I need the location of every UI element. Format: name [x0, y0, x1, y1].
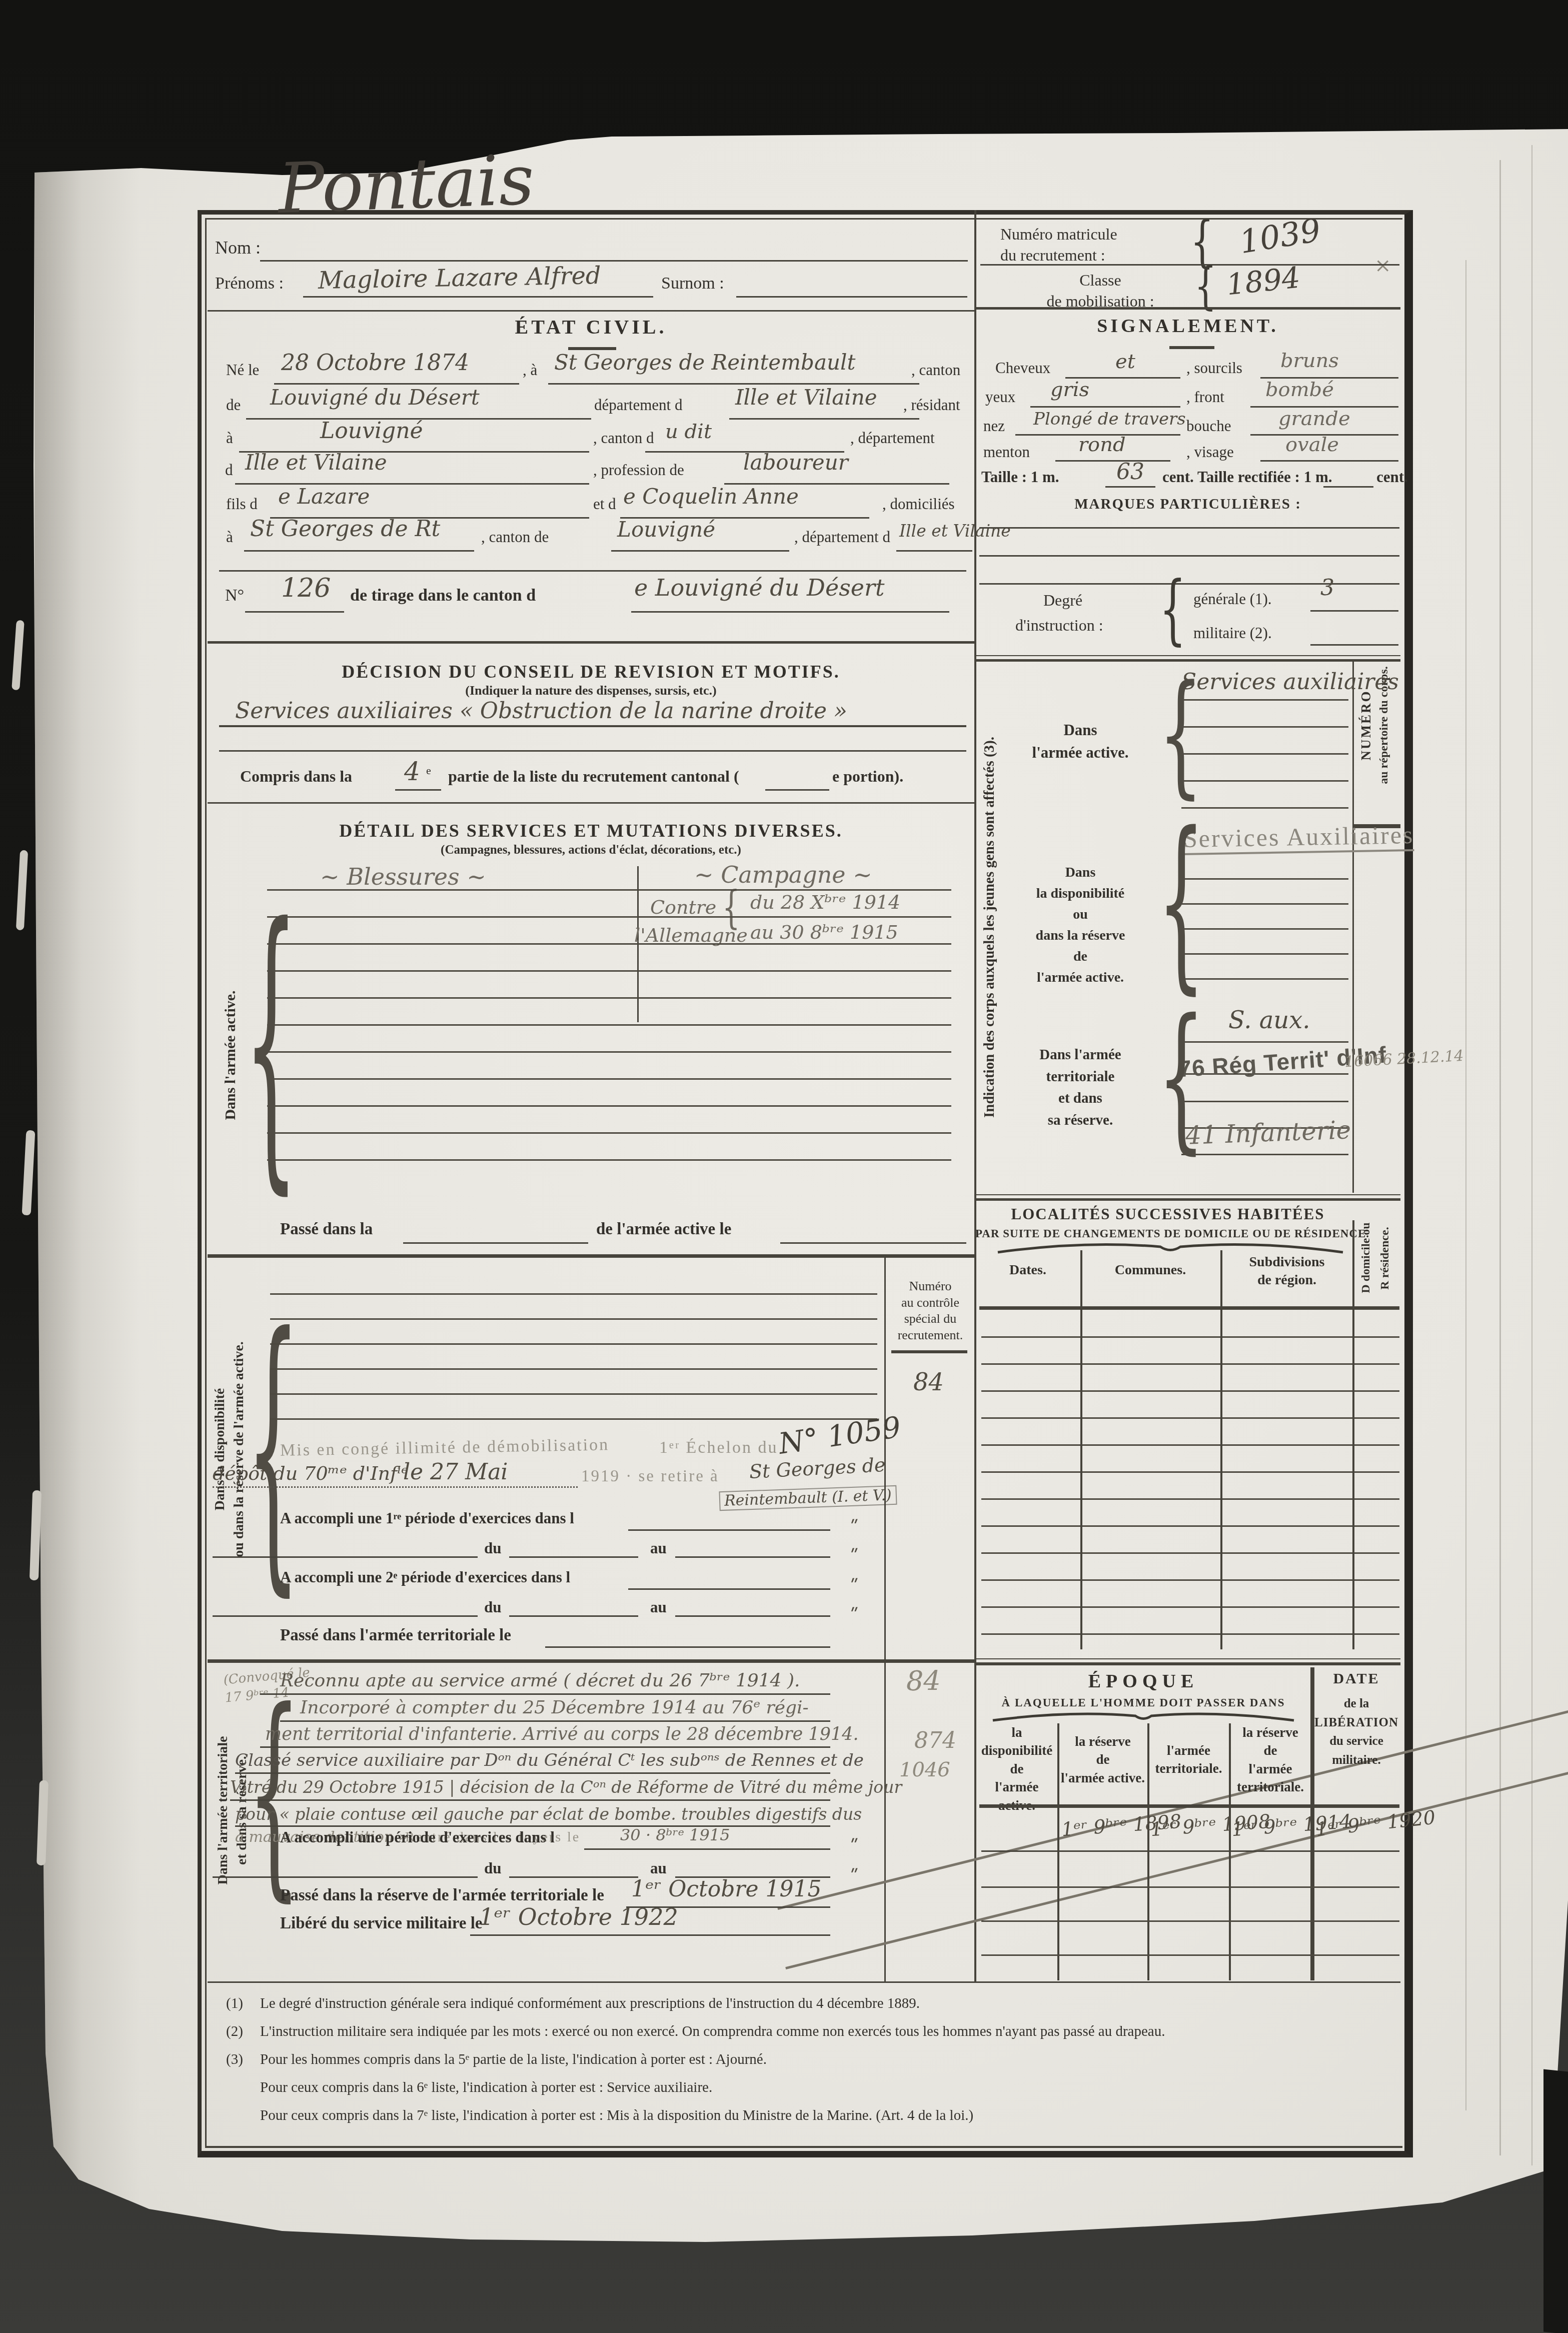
- block-separator-1: [208, 1254, 974, 1258]
- echelon-stamp: 1ᵉʳ Échelon du: [659, 1438, 778, 1457]
- libere-underline: [470, 1934, 830, 1936]
- territoriale-line-5: Vitré du 29 Octobre 1915 | décision de l…: [230, 1777, 902, 1797]
- corps-territoriale-brace: {: [1157, 999, 1205, 1157]
- ne-a-label: , à: [523, 361, 537, 379]
- decision-title: DÉCISION DU CONSEIL DE REVISION ET MOTIF…: [208, 661, 974, 682]
- controle-header-rule: [891, 1350, 967, 1353]
- corps-active-label: Dansl'armée active.: [1005, 719, 1155, 764]
- bouche-value: grande: [1278, 407, 1350, 430]
- controle-value: 84: [913, 1368, 944, 1396]
- header-separator: [208, 310, 974, 312]
- date-liberation-header: DATE: [1313, 1670, 1399, 1687]
- corps-active-brace: {: [1158, 669, 1203, 802]
- menton-value: rond: [1078, 433, 1126, 456]
- compris-portion-underline: [765, 789, 829, 791]
- yeux-value: gris: [1050, 378, 1089, 401]
- territoriale-rule-6: [235, 1825, 830, 1827]
- tirage-underline-b: [631, 611, 949, 613]
- line6-underline-a: [244, 550, 474, 552]
- sourcils-value: bruns: [1280, 349, 1339, 372]
- du3-lead-underline: [213, 1876, 478, 1878]
- visage-label: , visage: [1186, 443, 1234, 461]
- territoriale-rule-1: [260, 1693, 830, 1695]
- degre-label-2: d'instruction :: [1015, 616, 1103, 635]
- territoriale-rule-2: [280, 1720, 830, 1722]
- footnote-3b: Pour ceux compris dans la 6ᵉ liste, l'in…: [260, 2079, 1395, 2096]
- a-label: à: [226, 429, 233, 447]
- tirage-label: de tirage dans le canton d: [350, 586, 536, 605]
- epoque-col1-header: ladisponibilitédel'armée active.: [976, 1723, 1057, 1814]
- line6-underline-b: [611, 550, 789, 552]
- departement-label: département d: [594, 396, 682, 414]
- blank-underline: [219, 570, 966, 572]
- epoque-title: ÉPOQUE: [975, 1670, 1311, 1692]
- taille-value: 63: [1116, 459, 1144, 485]
- paper-crease: [1499, 160, 1501, 2155]
- corps-active-lines: [1181, 699, 1348, 809]
- footnote-2-num: (2): [226, 2023, 243, 2040]
- footnote-3-num: (3): [226, 2051, 243, 2068]
- paper-crease: [1531, 145, 1532, 2165]
- blessures-header: ~ Blessures ~: [320, 863, 486, 890]
- fils-label: fils d: [226, 495, 258, 513]
- degre-label-1: Degré: [1043, 591, 1082, 610]
- marques-title: MARQUES PARTICULIÈRES :: [975, 496, 1400, 513]
- depot-date-value: le 27 Mai: [403, 1459, 508, 1485]
- localites-header-rule: [979, 1306, 1399, 1310]
- corps-dispo-label: Dansla disponibilitéoudans la réservedel…: [1005, 862, 1155, 988]
- epoque-top-2: [975, 1662, 1400, 1665]
- binding-page-edge: [12, 620, 25, 691]
- epoque-brace-ornament: [990, 1709, 1296, 1722]
- binding-page-edge: [16, 850, 28, 931]
- du2-lead-underline: [213, 1615, 478, 1617]
- passe-active-label-1: Passé dans la: [280, 1220, 373, 1239]
- periode2-underline: [628, 1588, 830, 1590]
- epoque-col3-header: l'arméeterritoriale.: [1149, 1741, 1228, 1778]
- nez-label: nez: [983, 417, 1005, 435]
- residence-value: Louvigné: [320, 418, 423, 444]
- canton2-value: Louvigné: [617, 517, 715, 542]
- menton-underline-b: [1260, 460, 1398, 462]
- front-value: bombé: [1265, 378, 1334, 401]
- territoriale-rule-3: [260, 1746, 830, 1748]
- du2-underline: [509, 1615, 638, 1617]
- departement3-value: Ille et Vilaine: [899, 521, 1011, 541]
- corps-territoriale-saux: S. aux.: [1228, 1006, 1310, 1034]
- classe-brace: {: [1194, 260, 1217, 311]
- localites-divider-1: [1080, 1250, 1082, 1649]
- d-label: d: [225, 461, 233, 479]
- canton-label: , canton: [911, 361, 960, 379]
- epoque-col2-header: la réservedel'armée active.: [1059, 1732, 1147, 1787]
- canton-d-value: u dit: [665, 420, 712, 443]
- ditto-3: ʺ: [850, 1576, 859, 1597]
- nom-underline: [260, 260, 968, 262]
- visage-value: ovale: [1285, 433, 1339, 456]
- surnom-label: Surnom :: [661, 274, 724, 293]
- footnote-1: Le degré d'instruction générale sera ind…: [260, 1995, 1395, 2012]
- ditto-1: ʺ: [850, 1517, 859, 1538]
- signalement-title: SIGNALEMENT.: [975, 315, 1400, 337]
- periode3-label: A accompli une période d'exercices dans …: [280, 1828, 555, 1846]
- taille-rect-underline: [1323, 486, 1373, 488]
- profession-value: laboureur: [743, 450, 848, 475]
- epoque-subtitle: À LAQUELLE L'HOMME DOIT PASSER DANS: [975, 1696, 1311, 1709]
- section-separator-2: [208, 802, 974, 804]
- taille-label-3: cent.: [1376, 468, 1408, 486]
- generale-value: 3: [1320, 575, 1334, 601]
- armee-active-brace: {: [244, 890, 298, 1196]
- disponibilite-vertical-label-1: Dans la disponibilité: [212, 1264, 228, 1634]
- au1-underline: [675, 1556, 830, 1558]
- ditto-5: ʺ: [850, 1836, 859, 1857]
- compris-underline: [395, 789, 441, 791]
- ditto-4: ʺ: [850, 1605, 859, 1626]
- nom-value: Pontais: [277, 140, 535, 229]
- localites-divider-2: [1220, 1250, 1222, 1649]
- localites-brace-ornament: [995, 1239, 1345, 1254]
- corps-territoriale-infanterie: 41 Infanterie: [1185, 1115, 1351, 1150]
- signalement-title-rule: [1169, 346, 1214, 349]
- cheveux-label: Cheveux: [995, 359, 1050, 377]
- militaire-label: militaire (2).: [1193, 624, 1272, 642]
- footnote-3: Pour les hommes compris dans la 5ᵉ parti…: [260, 2051, 1395, 2068]
- du1-underline: [509, 1556, 638, 1558]
- service-ruled-lines: [267, 889, 951, 1161]
- campagne-header: ~ Campagne ~: [694, 861, 872, 888]
- du1-label: du: [484, 1539, 501, 1557]
- du3-label: du: [484, 1859, 501, 1877]
- tirage-canton-value: e Louvigné du Désert: [634, 574, 884, 601]
- paper-crease: [1465, 260, 1466, 2110]
- taille-label-2: cent. Taille rectifiée : 1 m.: [1162, 468, 1332, 486]
- departement2-value: Ille et Vilaine: [245, 450, 387, 475]
- detail-title: DÉTAIL DES SERVICES ET MUTATIONS DIVERSE…: [208, 820, 974, 841]
- localites-col-dr-1: D domicile ou: [1359, 1215, 1373, 1300]
- au2-underline: [675, 1615, 830, 1617]
- decision-value: Services auxiliaires « Obstruction de la…: [235, 698, 847, 724]
- marques-underline-1: [979, 527, 1399, 529]
- shadow-corner: [1543, 2069, 1568, 2333]
- generale-label: générale (1).: [1193, 590, 1272, 608]
- passe-active-underline-1: [403, 1242, 588, 1244]
- territoriale-line-4: Classé service auxiliaire par Dᵒⁿ du Gén…: [235, 1750, 864, 1770]
- services-auxiliaires-stamp: Services Auxiliaires: [1183, 820, 1414, 855]
- epoque-row-lines: [981, 1886, 1399, 1956]
- menton-underline-a: [1055, 460, 1170, 462]
- corps-active-value: Services auxiliaires: [1181, 669, 1399, 695]
- yeux-label: yeux: [985, 388, 1015, 406]
- prenoms-label: Prénoms :: [215, 274, 284, 293]
- scanned-military-register-page: Nom : Pontais Prénoms : Magloire Lazare …: [0, 0, 1568, 2333]
- bouche-label: bouche: [1186, 417, 1231, 435]
- epoque-top-1: [975, 1658, 1400, 1659]
- domicilies-label: , domiciliés: [882, 495, 955, 513]
- sourcils-label: , sourcils: [1186, 359, 1242, 377]
- passe-reserve-value: 1ᵉʳ Octobre 1915: [631, 1876, 821, 1902]
- ditto-6: ʺ: [850, 1866, 859, 1887]
- depot-value: dépôt du 70ᵐᵉ d'Infⁱᵉ: [213, 1462, 408, 1484]
- periode3-underline: [584, 1848, 830, 1850]
- compris-label-2: partie de la liste du recrutement canton…: [448, 767, 739, 786]
- corps-dispo-lines: [1181, 878, 1348, 980]
- depot-dotted-rule: [213, 1486, 578, 1488]
- localites-top-1: [975, 1194, 1400, 1195]
- canton-value: Louvigné du Désert: [270, 385, 480, 410]
- degre-brace: {: [1159, 571, 1186, 647]
- passe-active-label-2: de l'armée active le: [596, 1220, 731, 1239]
- epoque-values-underline: [981, 1850, 1399, 1852]
- marques-underline-3: [979, 583, 1399, 585]
- menton-label: menton: [983, 443, 1030, 461]
- departement-d2-label: , département d: [794, 528, 890, 546]
- territoriale-line-6: pour « plaie contuse œil gauche par écla…: [235, 1804, 862, 1824]
- epoque-header-rule: [979, 1804, 1399, 1808]
- yeux-underline-a: [1030, 406, 1180, 408]
- du2-label: du: [484, 1598, 501, 1616]
- du3-underline: [509, 1876, 638, 1878]
- repertoire-column-divider: [1352, 662, 1354, 1193]
- taille-label-1: Taille : 1 m.: [981, 468, 1059, 486]
- passe-active-underline-2: [780, 1242, 966, 1244]
- matricule-box-bottom: [975, 307, 1400, 310]
- etat-civil-title: ÉTAT CIVIL.: [208, 315, 974, 339]
- localites-col-dr-2: R résidence.: [1378, 1218, 1392, 1298]
- du1-lead-underline: [213, 1556, 478, 1558]
- compris-label-3: e portion).: [832, 767, 903, 786]
- periode1-label: A accompli une 1ʳᵉ période d'exercices d…: [280, 1509, 574, 1527]
- compris-sup: e: [426, 764, 431, 777]
- localites-top-2: [975, 1198, 1400, 1201]
- periode1-underline: [628, 1529, 830, 1531]
- tirage-underline-a: [245, 611, 344, 613]
- territoriale-line-2: Incorporé à compter du 25 Décembre 1914 …: [300, 1697, 809, 1718]
- rentre-foyers-date: 30 · 8ᵇʳᵉ 1915: [620, 1825, 730, 1844]
- localites-col-communes: Communes.: [1083, 1262, 1218, 1278]
- binding-page-edge: [22, 1130, 36, 1216]
- footnote-1-num: (1): [226, 1995, 243, 2012]
- decision-underline-1: [219, 725, 966, 727]
- de-label: de: [226, 396, 241, 414]
- se-retire-stamp: 1919 · se retire à: [581, 1467, 719, 1486]
- signalement-bottom-1: [975, 655, 1400, 656]
- matricule-underline: [980, 264, 1399, 266]
- ditto-2: ʺ: [850, 1546, 859, 1567]
- compris-value: 4: [404, 757, 420, 786]
- classe-label: Classede mobilisation :: [1015, 270, 1185, 312]
- controle-header: Numéroau contrôlespécial durecrutement.: [886, 1278, 974, 1343]
- footnote-separator: [208, 1981, 1400, 1983]
- localites-divider-3: [1352, 1220, 1354, 1649]
- line6-underline-c: [896, 550, 972, 552]
- prenoms-value: Magloire Lazare Alfred: [318, 262, 601, 295]
- controle-column-divider: [884, 1258, 886, 1982]
- au3-label: au: [650, 1859, 667, 1877]
- libere-value: 1ᵉʳ Octobre 1922: [479, 1903, 678, 1930]
- libere-label: Libéré du service militaire le: [280, 1914, 482, 1933]
- epoque-col4-header: la réservedel'arméeterritoriale.: [1230, 1723, 1310, 1796]
- ne-le-label: Né le: [226, 361, 259, 379]
- corps-vertical-label: Indication des corps auxquels les jeunes…: [981, 663, 998, 1191]
- localites-title: LOCALITÉS SUCCESSIVES HABITÉES: [975, 1205, 1360, 1223]
- localites-row-lines: [981, 1336, 1399, 1635]
- militaire-underline: [1310, 644, 1398, 646]
- marge-1046: 1046: [899, 1758, 950, 1781]
- line2-underline-b: [729, 418, 919, 420]
- footnote-3c: Pour ceux compris dans la 7ᵉ liste, l'in…: [260, 2107, 1395, 2124]
- front-label: , front: [1186, 388, 1224, 406]
- territoriale-line-3: ment territorial d'infanterie. Arrivé au…: [265, 1724, 859, 1744]
- periode2-label: A accompli une 2ᵉ période d'exercices da…: [280, 1568, 570, 1586]
- generale-underline: [1310, 610, 1398, 612]
- disponibilite-vertical-label-2: ou dans la réserve de l'armée active.: [231, 1264, 247, 1634]
- passe-reserve-label: Passé dans la réserve de l'armée territo…: [280, 1886, 604, 1905]
- canton-d-label: , canton d: [593, 429, 654, 447]
- decision-underline-2: [219, 750, 966, 752]
- matricule-label: Numéro matriculedu recrutement :: [1000, 224, 1117, 266]
- departement-suffix-label: , département: [850, 429, 935, 447]
- disponibilite-ruled-lines: [270, 1293, 877, 1420]
- et-d-label: et d: [593, 495, 616, 513]
- pere-value: e Lazare: [278, 484, 370, 509]
- section-separator: [208, 641, 974, 644]
- date-liberation-sub: de laLIBÉRATIONdu servicemilitaire.: [1313, 1694, 1399, 1769]
- tirage-value: 126: [281, 573, 331, 603]
- line1-underline-b: [548, 383, 919, 385]
- passe-territoriale-underline: [545, 1646, 830, 1648]
- marques-underline-2: [979, 555, 1399, 557]
- au1-label: au: [650, 1539, 667, 1557]
- footnote-2: L'instruction militaire sera indiquée pa…: [260, 2023, 1395, 2040]
- au2-label: au: [650, 1598, 667, 1616]
- column-divider: [974, 210, 976, 1983]
- domicile-value: St Georges de Rt: [250, 516, 440, 542]
- matricule-check-mark: ×: [1374, 254, 1391, 277]
- localites-col-subdiv: Subdivisionsde région.: [1223, 1253, 1351, 1290]
- passe-territoriale-label: Passé dans l'armée territoriale le: [280, 1626, 511, 1645]
- taille-underline: [1105, 486, 1155, 488]
- cheveux-value: et: [1115, 350, 1135, 373]
- detail-subtitle: (Campagnes, blessures, actions d'éclat, …: [208, 843, 974, 857]
- departement-value: Ille et Vilaine: [735, 385, 877, 410]
- tirage-numero-label: N°: [225, 586, 244, 605]
- prenoms-underline: [303, 296, 653, 298]
- localites-col-dates: Dates.: [978, 1262, 1078, 1278]
- binding-page-edge: [30, 1490, 42, 1581]
- localites-subtitle: PAR SUITE DE CHANGEMENTS DE DOMICILE OU …: [975, 1227, 1360, 1240]
- territoriale-rule-4: [235, 1772, 830, 1774]
- a2-label: à: [226, 528, 233, 546]
- armee-active-vertical-label: Dans l'armée active.: [222, 910, 239, 1200]
- residant-label: , résidant: [903, 396, 960, 414]
- corps-dispo-brace: {: [1157, 809, 1205, 997]
- territoriale-rule-5: [230, 1799, 830, 1801]
- territoriale-line-1: Reconnu apte au service armé ( décret du…: [280, 1670, 800, 1691]
- decision-subtitle: (Indiquer la nature des dispenses, sursi…: [208, 683, 974, 698]
- nez-value: Plongé de travers: [1033, 409, 1186, 429]
- canton-de-label: , canton de: [481, 528, 549, 546]
- mere-value: e Coquelin Anne: [623, 484, 799, 509]
- surnom-underline: [736, 296, 967, 298]
- profession-label: , profession de: [593, 461, 684, 479]
- territoriale-vertical-label-1: Dans l'armée territoriale: [215, 1670, 231, 1950]
- line1-underline-a: [274, 383, 519, 385]
- corps-territoriale-label: Dans l'arméeterritorialeet danssa réserv…: [1005, 1044, 1155, 1131]
- block-separator-2: [208, 1659, 974, 1663]
- birthdate-value: 28 Octobre 1874: [281, 350, 469, 376]
- nom-label: Nom :: [215, 237, 261, 258]
- compris-label-1: Compris dans la: [240, 767, 352, 786]
- birthplace-value: St Georges de Reintembault: [554, 350, 855, 375]
